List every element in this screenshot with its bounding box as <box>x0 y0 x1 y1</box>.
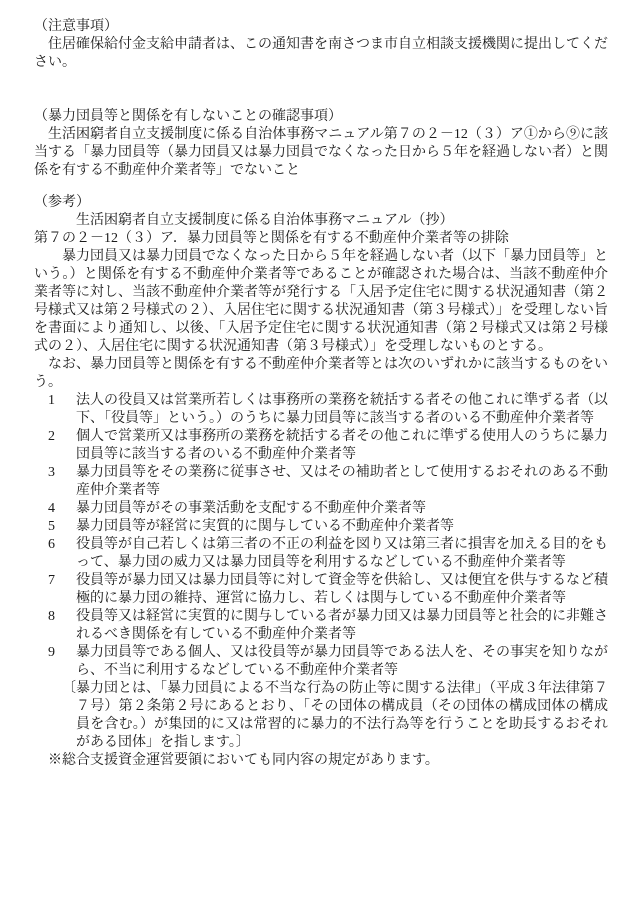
list-item-number: 5 <box>48 518 76 536</box>
list-item-number: 3 <box>48 464 76 482</box>
list-item-text: 暴力団員等が経営に実質的に関与している不動産仲介業者等 <box>76 518 608 536</box>
list-item: 3 暴力団員等をその業務に従事させ、又はその補助者として使用するおそれのある不動… <box>34 464 608 500</box>
list-item: 2 個人で営業所又は事務所の業務を統括する者その他これに準ずる使用人のうちに暴力… <box>34 428 608 464</box>
list-item-text: 法人の役員又は営業所若しくは事務所の業務を統括する者その他これに準ずる者（以下、… <box>76 392 608 428</box>
reference-section-title: 第７の２－12（３）ア．暴力団員等と関係を有する不動産仲介業者等の排除 <box>34 230 608 248</box>
reference-heading: （参考） <box>34 194 608 212</box>
excluded-broker-list: 1 法人の役員又は営業所若しくは事務所の業務を統括する者その他これに準ずる者（以… <box>34 392 608 680</box>
notice-section: （注意事項） 住居確保給付金支給申請者は、この通知書を南さつま市自立相談支援機関… <box>34 18 608 72</box>
list-item-text: 個人で営業所又は事務所の業務を統括する者その他これに準ずる使用人のうちに暴力団員… <box>76 428 608 464</box>
list-item-number: 9 <box>48 644 76 662</box>
list-item-number: 4 <box>48 500 76 518</box>
list-item-number: 1 <box>48 392 76 410</box>
list-item: 6 役員等が自己若しくは第三者の不正の利益を図り又は第三者に損害を加える目的をも… <box>34 536 608 572</box>
list-item-text: 暴力団員等がその事業活動を支配する不動産仲介業者等 <box>76 500 608 518</box>
footnote: ※総合支援資金運営要領においても同内容の規定があります。 <box>34 752 608 770</box>
list-item-number: 7 <box>48 572 76 590</box>
gang-definition-note: 〔暴力団とは、「暴力団員による不当な行為の防止等に関する法律」（平成３年法律第７… <box>34 680 608 752</box>
reference-paragraph: 暴力団員又は暴力団員でなくなった日から５年を経過しない者（以下「暴力団員等」とい… <box>34 248 608 356</box>
list-item-text: 役員等又は経営に実質的に関与している者が暴力団又は暴力団員等と社会的に非難される… <box>76 608 608 644</box>
list-item-text: 役員等が自己若しくは第三者の不正の利益を図り又は第三者に損害を加える目的をもって… <box>76 536 608 572</box>
notice-heading: （注意事項） <box>34 18 608 36</box>
reference-section: （参考） 生活困窮者自立支援制度に係る自治体事務マニュアル（抄） 第７の２－12… <box>34 194 608 752</box>
reference-subtitle: 生活困窮者自立支援制度に係る自治体事務マニュアル（抄） <box>34 212 608 230</box>
list-item: 8 役員等又は経営に実質的に関与している者が暴力団又は暴力団員等と社会的に非難さ… <box>34 608 608 644</box>
list-item-text: 暴力団員等をその業務に従事させ、又はその補助者として使用するおそれのある不動産仲… <box>76 464 608 500</box>
list-item: 5 暴力団員等が経営に実質的に関与している不動産仲介業者等 <box>34 518 608 536</box>
confirmation-body: 生活困窮者自立支援制度に係る自治体事務マニュアル第７の２－12（３）ア①から⑨に… <box>34 126 608 180</box>
confirmation-section: （暴力団員等と関係を有しないことの確認事項） 生活困窮者自立支援制度に係る自治体… <box>34 108 608 180</box>
list-item: 7 役員等が暴力団又は暴力団員等に対して資金等を供給し、又は便宜を供与するなど積… <box>34 572 608 608</box>
list-item-text: 暴力団員等である個人、又は役員等が暴力団員等である法人を、その事実を知りながら、… <box>76 644 608 680</box>
confirmation-heading: （暴力団員等と関係を有しないことの確認事項） <box>34 108 608 126</box>
list-item: 9 暴力団員等である個人、又は役員等が暴力団員等である法人を、その事実を知りなが… <box>34 644 608 680</box>
notice-body: 住居確保給付金支給申請者は、この通知書を南さつま市自立相談支援機関に提出してくだ… <box>34 36 608 72</box>
list-item-number: 2 <box>48 428 76 446</box>
list-item-number: 6 <box>48 536 76 554</box>
list-item: 1 法人の役員又は営業所若しくは事務所の業務を統括する者その他これに準ずる者（以… <box>34 392 608 428</box>
document-page: （注意事項） 住居確保給付金支給申請者は、この通知書を南さつま市自立相談支援機関… <box>0 0 630 903</box>
reference-paragraph: なお、暴力団員等と関係を有する不動産仲介業者等とは次のいずれかに該当するものをい… <box>34 356 608 392</box>
list-item-number: 8 <box>48 608 76 626</box>
list-item-text: 役員等が暴力団又は暴力団員等に対して資金等を供給し、又は便宜を供与するなど積極的… <box>76 572 608 608</box>
list-item: 4 暴力団員等がその事業活動を支配する不動産仲介業者等 <box>34 500 608 518</box>
